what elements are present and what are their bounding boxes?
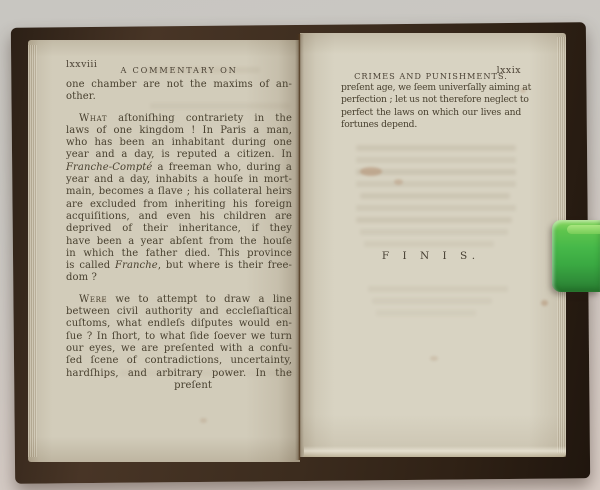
text-line: year and a day, inhabits a houſe in mort… bbox=[66, 174, 292, 186]
text-segment: aſtoniſhing contrariety in the bbox=[107, 113, 292, 124]
text-line: main, becomes a ſlave ; his collateral h… bbox=[66, 186, 292, 198]
text-segment: one chamber are not the maxims of an- bbox=[66, 79, 292, 90]
text-line: preſent bbox=[66, 380, 292, 392]
text-segment: who has been an inhabitant during one bbox=[66, 137, 292, 148]
text-line: dom ? bbox=[66, 272, 292, 284]
showthrough-line bbox=[356, 217, 512, 223]
finis-text: F I N I S. bbox=[341, 250, 521, 262]
text-segment: ſed ſcene of contradictions, uncertainty… bbox=[66, 355, 292, 366]
showthrough-line bbox=[372, 298, 492, 304]
text-segment: other. bbox=[66, 91, 96, 102]
text-line: perfect the laws on which our lives and bbox=[341, 107, 521, 119]
text-line: perfection ; let us not therefore neglec… bbox=[341, 94, 521, 106]
showthrough-line bbox=[360, 193, 510, 199]
clip-notch bbox=[567, 225, 600, 234]
text-segment: Were bbox=[79, 294, 107, 305]
right-page-header: CRIMES AND PUNISHMENTS. lxxix bbox=[341, 64, 521, 77]
text-line: acquiſitions, and even his children are bbox=[66, 211, 292, 223]
showthrough-line bbox=[356, 145, 516, 151]
text-segment: hardſhips, and arbitrary power. In the bbox=[66, 368, 292, 379]
text-segment: dom ? bbox=[66, 272, 97, 283]
text-segment: we to attempt to draw a line bbox=[107, 294, 292, 305]
showthrough-line bbox=[356, 205, 516, 211]
text-segment: laws of one kingdom ! In Paris a man, bbox=[66, 125, 292, 136]
right-running-title: CRIMES AND PUNISHMENTS. bbox=[354, 71, 508, 81]
text-segment: main, becomes a ſlave ; his collateral h… bbox=[66, 186, 292, 197]
text-line: between civil authority and eccleſiaſtic… bbox=[66, 306, 292, 318]
text-line: hardſhips, and arbitrary power. In the bbox=[66, 368, 292, 380]
text-segment: ſue ? In ſhort, to what ſide ſoever we t… bbox=[66, 331, 292, 342]
showthrough-line bbox=[376, 310, 476, 316]
text-line: is called Franche, but where is their fr… bbox=[66, 260, 292, 272]
text-line: our eyes, we are preſented with a confu- bbox=[66, 343, 292, 355]
text-line: Franche-Compté a freeman who, during a bbox=[66, 162, 292, 174]
text-line: cuſtoms, what endleſs diſputes would en- bbox=[66, 318, 292, 330]
text-segment: in which the father died. This province bbox=[66, 248, 292, 259]
text-segment: preſent age, we ſeem univerſally aiming … bbox=[341, 82, 531, 93]
text-line: ſed ſcene of contradictions, uncertainty… bbox=[66, 355, 292, 367]
foxing-spot bbox=[360, 167, 382, 176]
text-segment: year and a day, is reputed a citizen. In bbox=[66, 149, 292, 160]
text-line: year and a day, is reputed a citizen. In bbox=[66, 149, 292, 161]
right-page-number: lxxix bbox=[497, 65, 521, 76]
showthrough-line bbox=[368, 286, 508, 292]
showthrough-line bbox=[360, 229, 508, 235]
text-line: are excluded from inheriting his foreign bbox=[66, 199, 292, 211]
text-line: other. bbox=[66, 91, 292, 103]
left-page-header: lxxviii A COMMENTARY ON bbox=[66, 58, 292, 71]
text-line: in which the father died. This province bbox=[66, 248, 292, 260]
foxing-spot bbox=[541, 300, 548, 306]
showthrough-line bbox=[364, 241, 494, 247]
text-segment: between civil authority and eccleſiaſtic… bbox=[66, 306, 292, 317]
text-segment: fortunes depend. bbox=[341, 119, 417, 130]
right-page-text: CRIMES AND PUNISHMENTS. lxxix preſent ag… bbox=[341, 64, 521, 132]
book-gutter bbox=[295, 34, 304, 460]
showthrough-line bbox=[356, 157, 516, 163]
text-line: laws of one kingdom ! In Paris a man, bbox=[66, 125, 292, 137]
photo-background: lxxviii A COMMENTARY ON one chamber are … bbox=[0, 0, 600, 490]
text-segment: our eyes, we are preſented with a confu- bbox=[66, 343, 292, 354]
text-segment: perfection ; let us not therefore neglec… bbox=[341, 94, 529, 105]
green-clip bbox=[552, 220, 600, 292]
text-segment: What bbox=[79, 113, 107, 124]
text-segment: Franche-Compté bbox=[66, 162, 152, 173]
showthrough-line bbox=[356, 181, 516, 187]
text-segment: is called bbox=[66, 260, 115, 271]
text-segment: year and a day, inhabits a houſe in mort… bbox=[66, 174, 292, 185]
text-segment: , but where is their free- bbox=[158, 260, 292, 271]
text-line: who has been an inhabitant during one bbox=[66, 137, 292, 149]
text-segment: acquiſitions, and even his children are bbox=[66, 211, 292, 222]
text-line: fortunes depend. bbox=[341, 119, 521, 131]
left-running-title: A COMMENTARY ON bbox=[120, 65, 237, 75]
text-segment: a freeman who, during a bbox=[152, 162, 292, 173]
text-segment: preſent bbox=[174, 380, 212, 391]
text-line: What aſtoniſhing contrariety in the bbox=[66, 113, 292, 125]
text-line: have been a year abſent from the houſe bbox=[66, 236, 292, 248]
text-segment: deprived of their inheritance, if they bbox=[66, 223, 292, 234]
left-page-body: one chamber are not the maxims of an-oth… bbox=[66, 79, 292, 392]
text-line: Were we to attempt to draw a line bbox=[66, 294, 292, 306]
text-segment: perfect the laws on which our lives and bbox=[341, 107, 521, 118]
text-line: ſue ? In ſhort, to what ſide ſoever we t… bbox=[66, 331, 292, 343]
right-page-body: preſent age, we ſeem univerſally aiming … bbox=[341, 82, 521, 132]
text-segment: Franche bbox=[115, 260, 158, 271]
foxing-spot bbox=[394, 179, 403, 185]
foxing-spot bbox=[430, 356, 438, 361]
text-segment: cuſtoms, what endleſs diſputes would en- bbox=[66, 318, 292, 329]
text-line: deprived of their inheritance, if they bbox=[66, 223, 292, 235]
left-page-number: lxxviii bbox=[66, 59, 97, 70]
text-segment: have been a year abſent from the houſe bbox=[66, 236, 292, 247]
text-segment: are excluded from inheriting his foreign bbox=[66, 199, 292, 210]
left-page-text: lxxviii A COMMENTARY ON one chamber are … bbox=[66, 58, 292, 392]
foxing-spot bbox=[200, 418, 207, 423]
text-line: one chamber are not the maxims of an- bbox=[66, 79, 292, 91]
text-line: preſent age, we ſeem univerſally aiming … bbox=[341, 82, 521, 94]
